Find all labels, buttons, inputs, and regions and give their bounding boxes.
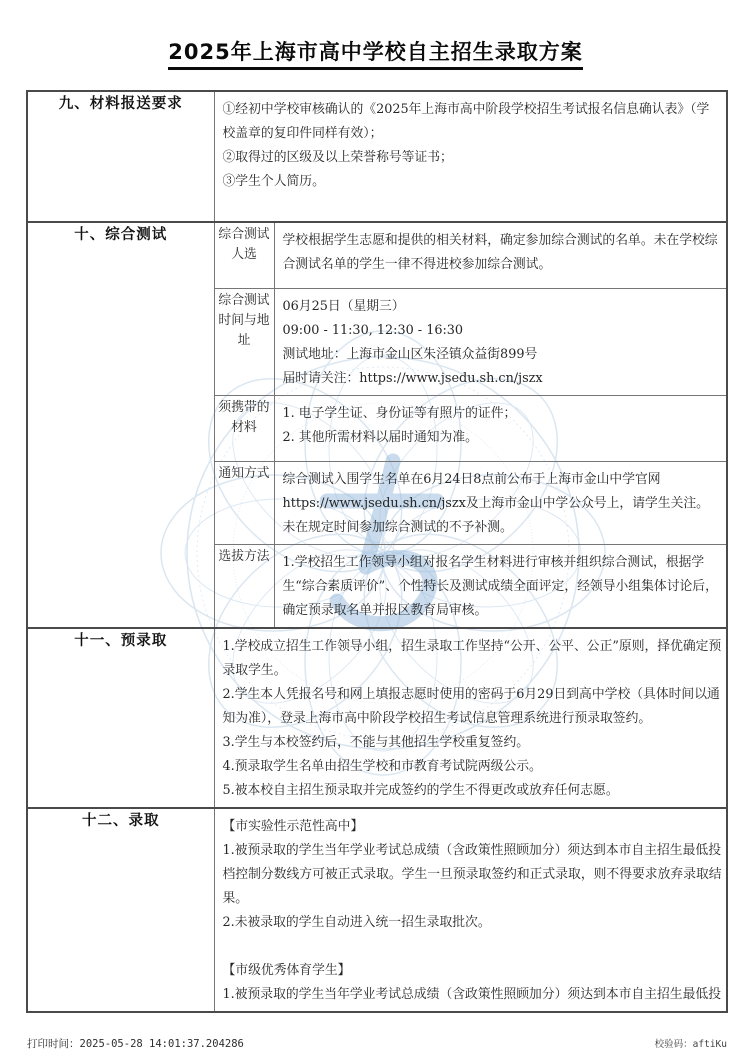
row-materials-content: ①经初中学校审核确认的《2025年上海市高中阶段学校招生考试报名信息确认表》（学… bbox=[214, 91, 727, 222]
row-materials: 九、材料报送要求 ①经初中学校审核确认的《2025年上海市高中阶段学校招生考试报… bbox=[27, 91, 727, 222]
document-page: 2025年上海市高中学校自主招生录取方案 九、材料报送要求 ①经初中学校审核确认… bbox=[0, 0, 751, 1063]
content-line: 【市级优秀体育学生】 bbox=[223, 959, 723, 983]
subrow-materials-label: 须携带的材料 bbox=[214, 395, 274, 461]
content-line: https://www.jsedu.sh.cn/jszx及上海市金山中学公众号上… bbox=[283, 492, 723, 516]
content-line: 3.学生与本校签约后，不能与其他招生学校重复签约。 bbox=[223, 731, 723, 755]
subrow-time-place-label: 综合测试时间与地址 bbox=[214, 288, 274, 395]
subrow-selection-label: 选拔方法 bbox=[214, 544, 274, 628]
content-line: 学校根据学生志愿和提供的相关材料，确定参加综合测试的名单。未在学校综合测试名单的… bbox=[283, 229, 723, 277]
content-line-spacer bbox=[223, 935, 723, 959]
content-line: ③学生个人简历。 bbox=[223, 170, 723, 194]
print-time: 打印时间：2025-05-28 14:01:37.204286 bbox=[27, 1036, 244, 1051]
row-admission: 十二、录取 【市实验性示范性高中】 1.被预录取的学生当年学业考试总成绩（含政策… bbox=[27, 808, 727, 1012]
content-line: 综合测试入围学生名单在6月24日8点前公布于上海市金山中学官网 bbox=[283, 468, 723, 492]
row-preadmission-label: 十一、预录取 bbox=[27, 628, 214, 808]
content-line: 【市实验性示范性高中】 bbox=[223, 815, 723, 839]
content-line: 1.学校成立招生工作领导小组，招生录取工作坚持“公开、公平、公正”原则，择优确定… bbox=[223, 635, 723, 683]
row-preadmission-content: 1.学校成立招生工作领导小组，招生录取工作坚持“公开、公平、公正”原则，择优确定… bbox=[214, 628, 727, 808]
print-time-value: 2025-05-28 14:01:37.204286 bbox=[80, 1038, 244, 1050]
subrow-candidates-content: 学校根据学生志愿和提供的相关材料，确定参加综合测试的名单。未在学校综合测试名单的… bbox=[274, 222, 727, 288]
content-line: ②取得过的区级及以上荣誉称号等证书； bbox=[223, 146, 723, 170]
content-line: 09:00 - 11:30, 12:30 - 16:30 bbox=[283, 319, 723, 343]
content-line: 1. 电子学生证、身份证等有照片的证件； bbox=[283, 402, 723, 426]
print-time-label: 打印时间： bbox=[27, 1038, 80, 1050]
content-line: 届时请关注：https://www.jsedu.sh.cn/jszx bbox=[283, 367, 723, 391]
subrow-time-place-content: 06月25日（星期三） 09:00 - 11:30, 12:30 - 16:30… bbox=[274, 288, 727, 395]
content-line: 1.学校招生工作领导小组对报名学生材料进行审核并组织综合测试，根据学生“综合素质… bbox=[283, 551, 723, 623]
page-title: 2025年上海市高中学校自主招生录取方案 bbox=[0, 36, 751, 70]
page-title-text: 2025年上海市高中学校自主招生录取方案 bbox=[168, 36, 582, 70]
content-line: 2.未被录取的学生自动进入统一招生录取批次。 bbox=[223, 911, 723, 935]
row-test-candidates: 十、综合测试 综合测试人选 学校根据学生志愿和提供的相关材料，确定参加综合测试的… bbox=[27, 222, 727, 288]
content-line: 2. 其他所需材料以届时通知为准。 bbox=[283, 426, 723, 450]
content-line: 2.学生本人凭报名号和网上填报志愿时使用的密码于6月29日到高中学校（具体时间以… bbox=[223, 683, 723, 731]
admission-plan-table: 九、材料报送要求 ①经初中学校审核确认的《2025年上海市高中阶段学校招生考试报… bbox=[26, 90, 728, 1013]
row-test-label: 十、综合测试 bbox=[27, 222, 214, 628]
content-line: 5.被本校自主招生预录取并完成签约的学生不得更改或放弃任何志愿。 bbox=[223, 779, 723, 803]
subrow-notification-label: 通知方式 bbox=[214, 461, 274, 544]
row-admission-label: 十二、录取 bbox=[27, 808, 214, 1012]
check-code-label: 校验码： bbox=[655, 1039, 693, 1050]
content-line: ①经初中学校审核确认的《2025年上海市高中阶段学校招生考试报名信息确认表》（学… bbox=[223, 98, 723, 146]
subrow-notification-content: 综合测试入围学生名单在6月24日8点前公布于上海市金山中学官网 https://… bbox=[274, 461, 727, 544]
content-line: 4.预录取学生名单由招生学校和市教育考试院两级公示。 bbox=[223, 755, 723, 779]
row-admission-content: 【市实验性示范性高中】 1.被预录取的学生当年学业考试总成绩（含政策性照顾加分）… bbox=[214, 808, 727, 1012]
subrow-selection-content: 1.学校招生工作领导小组对报名学生材料进行审核并组织综合测试，根据学生“综合素质… bbox=[274, 544, 727, 628]
content-line: 未在规定时间参加综合测试的不予补测。 bbox=[283, 516, 723, 540]
check-code: 校验码：aftiKu bbox=[655, 1036, 727, 1050]
row-preadmission: 十一、预录取 1.学校成立招生工作领导小组，招生录取工作坚持“公开、公平、公正”… bbox=[27, 628, 727, 808]
subrow-candidates-label: 综合测试人选 bbox=[214, 222, 274, 288]
subrow-materials-content: 1. 电子学生证、身份证等有照片的证件； 2. 其他所需材料以届时通知为准。 bbox=[274, 395, 727, 461]
content-line: 1.被预录取的学生当年学业考试总成绩（含政策性照顾加分）须达到本市自主招生最低投 bbox=[223, 983, 723, 1007]
check-code-value: aftiKu bbox=[693, 1039, 727, 1050]
content-line: 1.被预录取的学生当年学业考试总成绩（含政策性照顾加分）须达到本市自主招生最低投… bbox=[223, 839, 723, 911]
content-line: 测试地址：上海市金山区朱泾镇众益街899号 bbox=[283, 343, 723, 367]
content-line: 06月25日（星期三） bbox=[283, 295, 723, 319]
row-materials-label: 九、材料报送要求 bbox=[27, 91, 214, 222]
